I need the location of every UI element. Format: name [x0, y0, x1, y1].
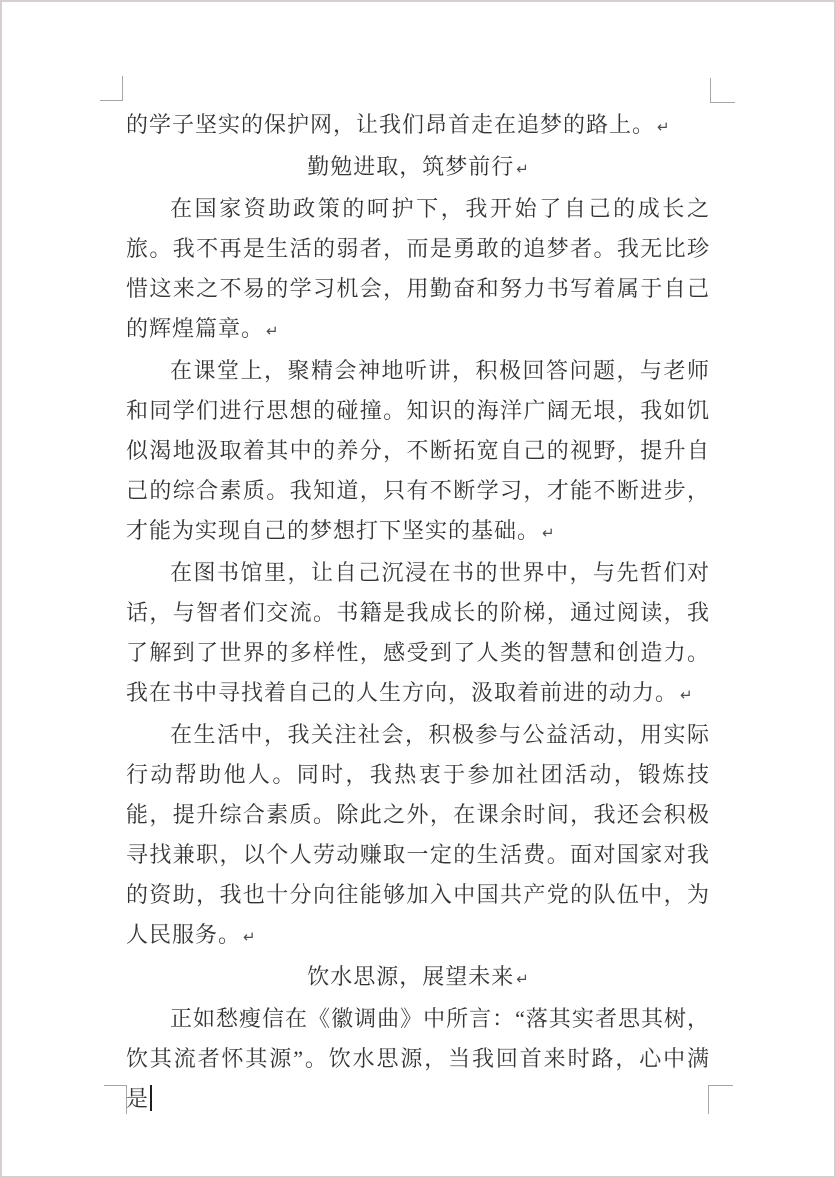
pilcrow-mark: ↵	[542, 513, 555, 553]
paragraph[interactable]: 正如愁瘦信在《徽调曲》中所言：“落其实者思其树，饮其流者怀其源”。饮水思源，当我…	[126, 999, 710, 1119]
paragraph-text[interactable]: 在课堂上，聚精会神地听讲，积极回答问题，与老师和同学们进行思想的碰撞。知识的海洋…	[126, 358, 710, 543]
section-heading[interactable]: 饮水思源，展望未来↵	[126, 957, 710, 999]
paragraph-text[interactable]: 正如愁瘦信在《徽调曲》中所言：“落其实者思其树，饮其流者怀其源”。饮水思源，当我…	[126, 1006, 710, 1111]
paragraph-text[interactable]: 的学子坚实的保护网，让我们昂首走在追梦的路上。	[126, 112, 655, 137]
pilcrow-mark: ↵	[243, 917, 256, 957]
text-cursor	[150, 1085, 152, 1111]
pilcrow-mark: ↵	[680, 675, 693, 715]
section-heading[interactable]: 勤勉进取，筑梦前行↵	[126, 147, 710, 189]
paragraph-continuation[interactable]: 的学子坚实的保护网，让我们昂首走在追梦的路上。↵	[126, 105, 710, 147]
document-text-area[interactable]: 的学子坚实的保护网，让我们昂首走在追梦的路上。↵ 勤勉进取，筑梦前行↵ 在国家资…	[126, 105, 710, 1119]
document-page: 的学子坚实的保护网，让我们昂首走在追梦的路上。↵ 勤勉进取，筑梦前行↵ 在国家资…	[0, 0, 836, 1178]
crop-mark-bottom-right	[708, 1085, 733, 1114]
crop-mark-top-left	[100, 76, 123, 101]
pilcrow-mark: ↵	[516, 149, 529, 189]
paragraph-text[interactable]: 在生活中，我关注社会，积极参与公益活动，用实际行动帮助他人。同时，我热衷于参加社…	[126, 722, 710, 947]
paragraph[interactable]: 在课堂上，聚精会神地听讲，积极回答问题，与老师和同学们进行思想的碰撞。知识的海洋…	[126, 351, 710, 553]
paragraph[interactable]: 在生活中，我关注社会，积极参与公益活动，用实际行动帮助他人。同时，我热衷于参加社…	[126, 715, 710, 957]
heading-text[interactable]: 勤勉进取，筑梦前行	[307, 154, 514, 179]
paragraph-text[interactable]: 在国家资助政策的呵护下，我开始了自己的成长之旅。我不再是生活的弱者，而是勇敢的追…	[126, 196, 710, 341]
paragraph[interactable]: 在国家资助政策的呵护下，我开始了自己的成长之旅。我不再是生活的弱者，而是勇敢的追…	[126, 189, 710, 351]
paragraph[interactable]: 在图书馆里，让自己沉浸在书的世界中，与先哲们对话，与智者们交流。书籍是我成长的阶…	[126, 553, 710, 715]
crop-mark-bottom-left	[104, 1085, 127, 1114]
pilcrow-mark: ↵	[657, 107, 670, 147]
crop-mark-top-right	[710, 78, 735, 103]
pilcrow-mark: ↵	[516, 959, 529, 999]
pilcrow-mark: ↵	[266, 311, 279, 351]
heading-text[interactable]: 饮水思源，展望未来	[307, 964, 514, 989]
paragraph-text[interactable]: 在图书馆里，让自己沉浸在书的世界中，与先哲们对话，与智者们交流。书籍是我成长的阶…	[126, 560, 710, 705]
